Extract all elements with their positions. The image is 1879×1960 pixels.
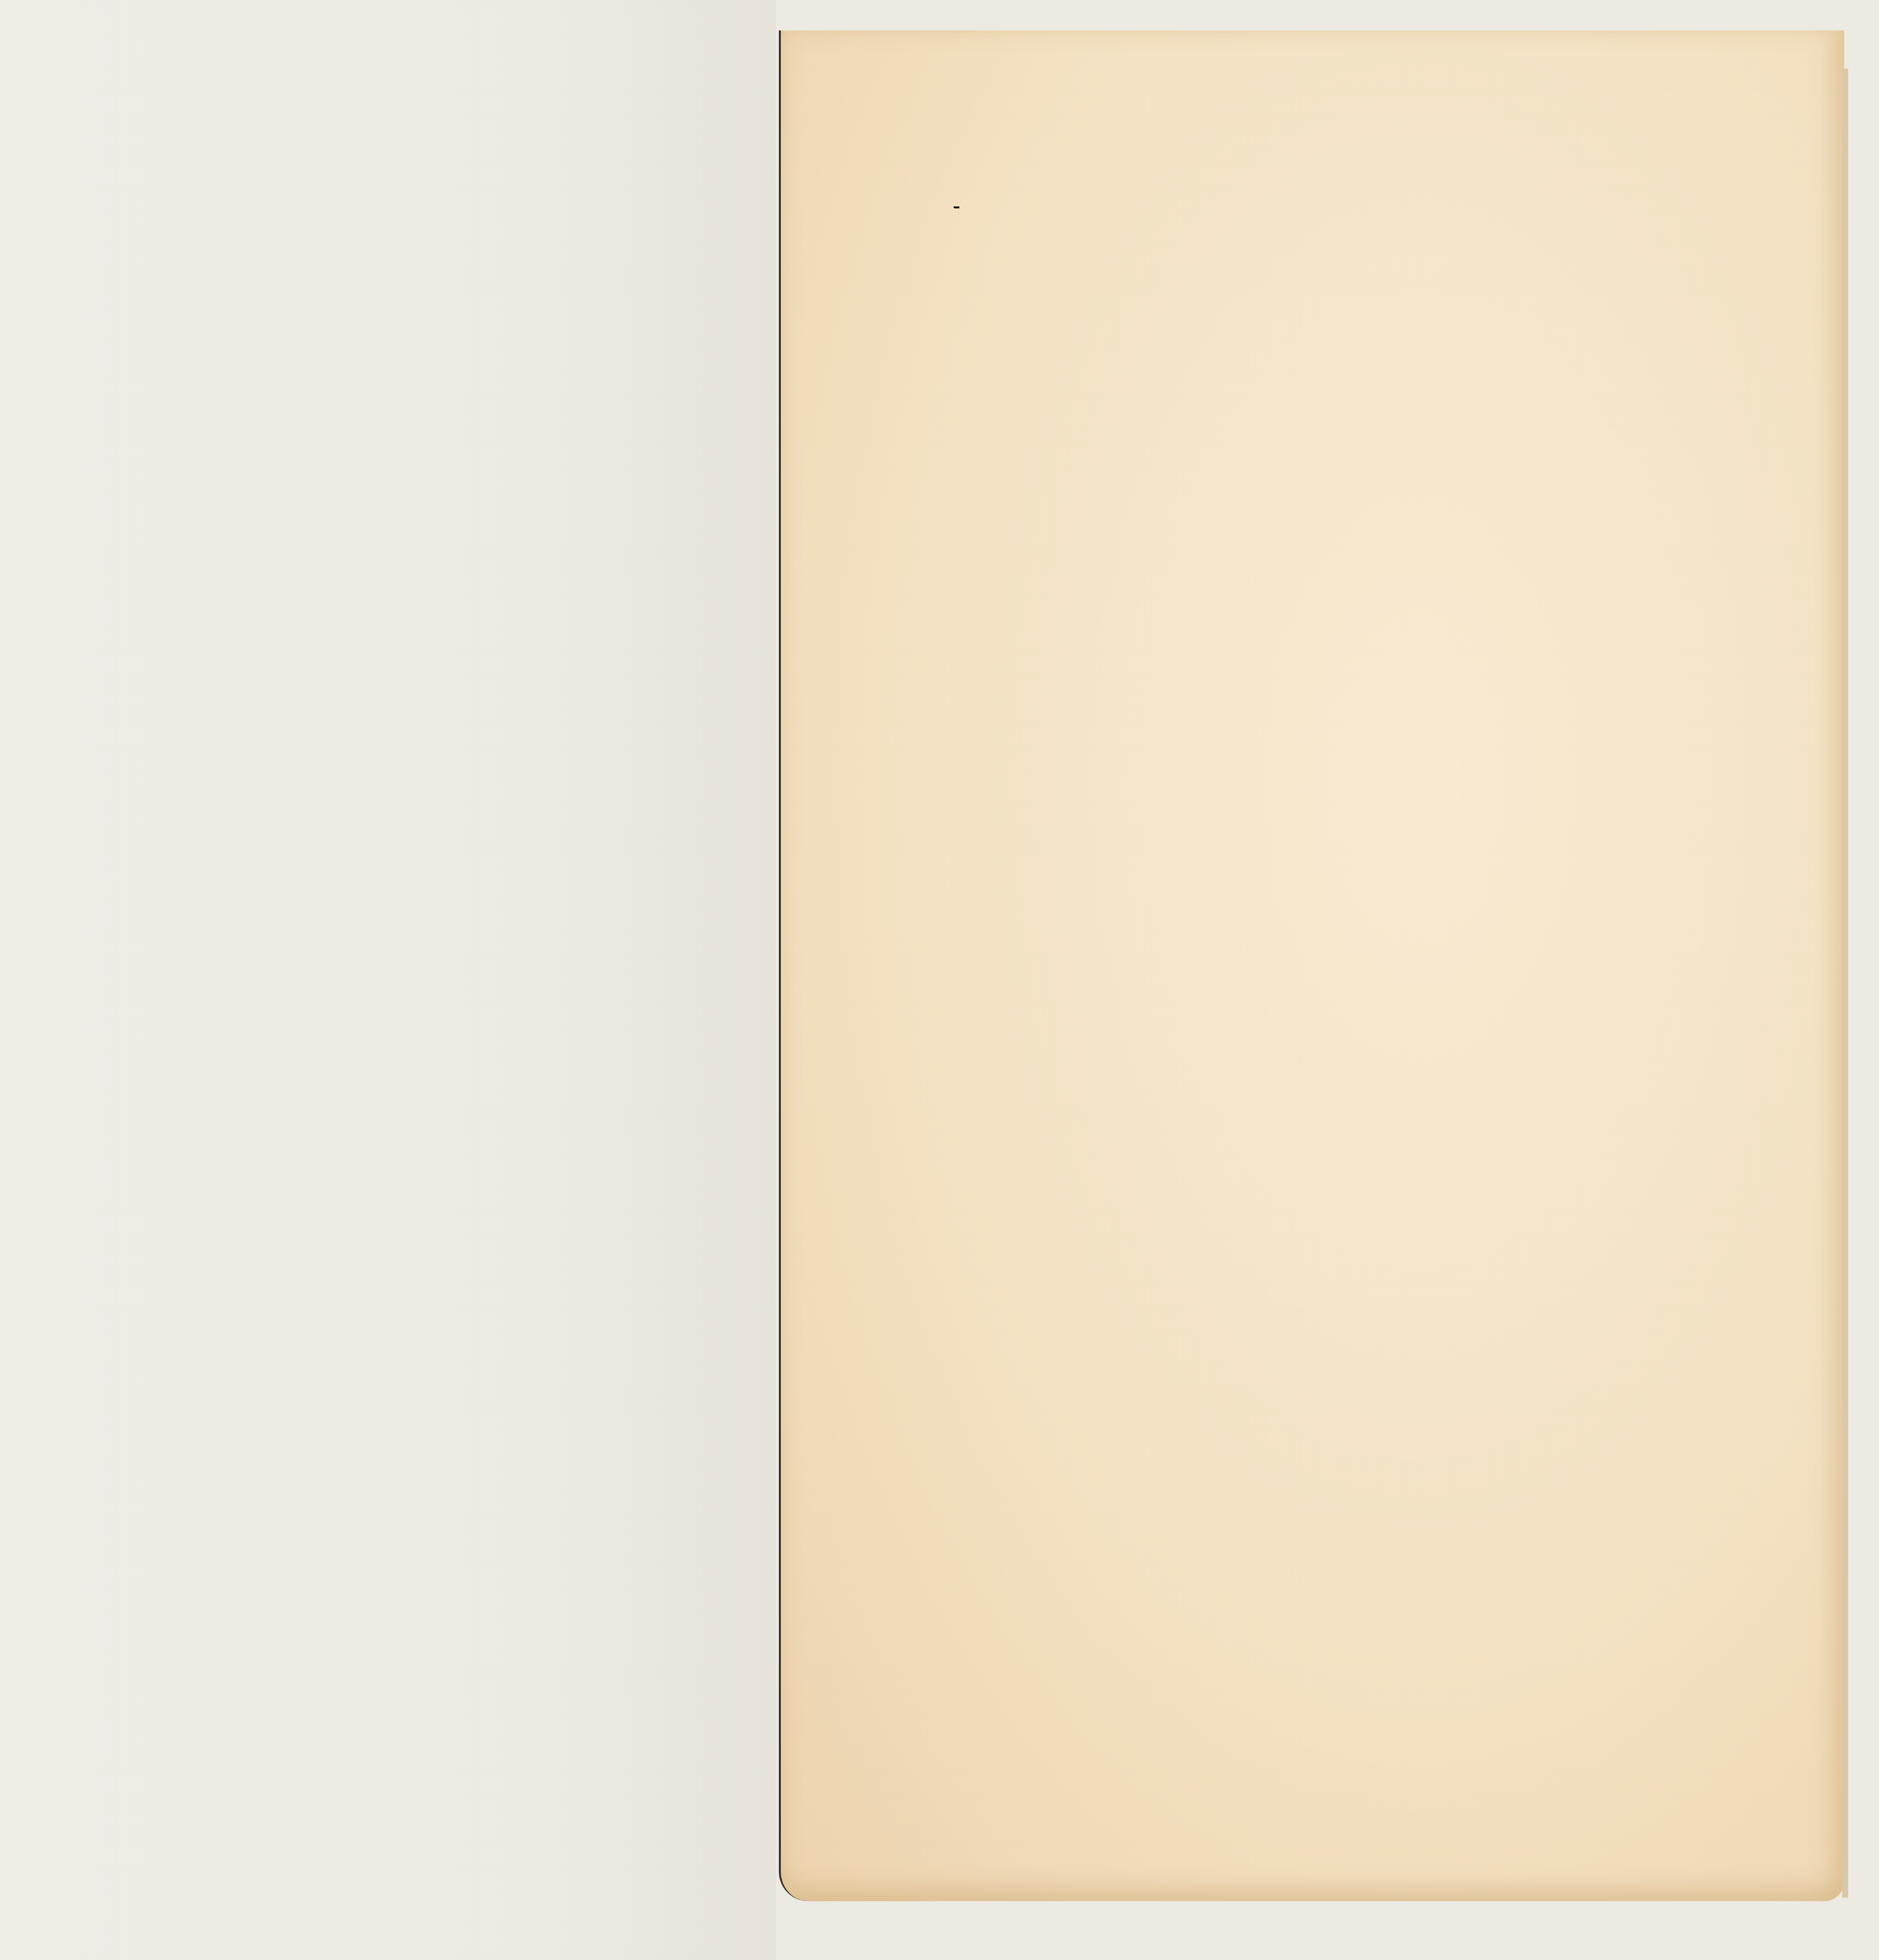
attendee [953,206,959,208]
ledger-page [779,30,1844,1901]
bleed-through-text [834,765,850,1261]
page-edge [1842,69,1848,1898]
background-blank-sheet [0,0,776,1960]
